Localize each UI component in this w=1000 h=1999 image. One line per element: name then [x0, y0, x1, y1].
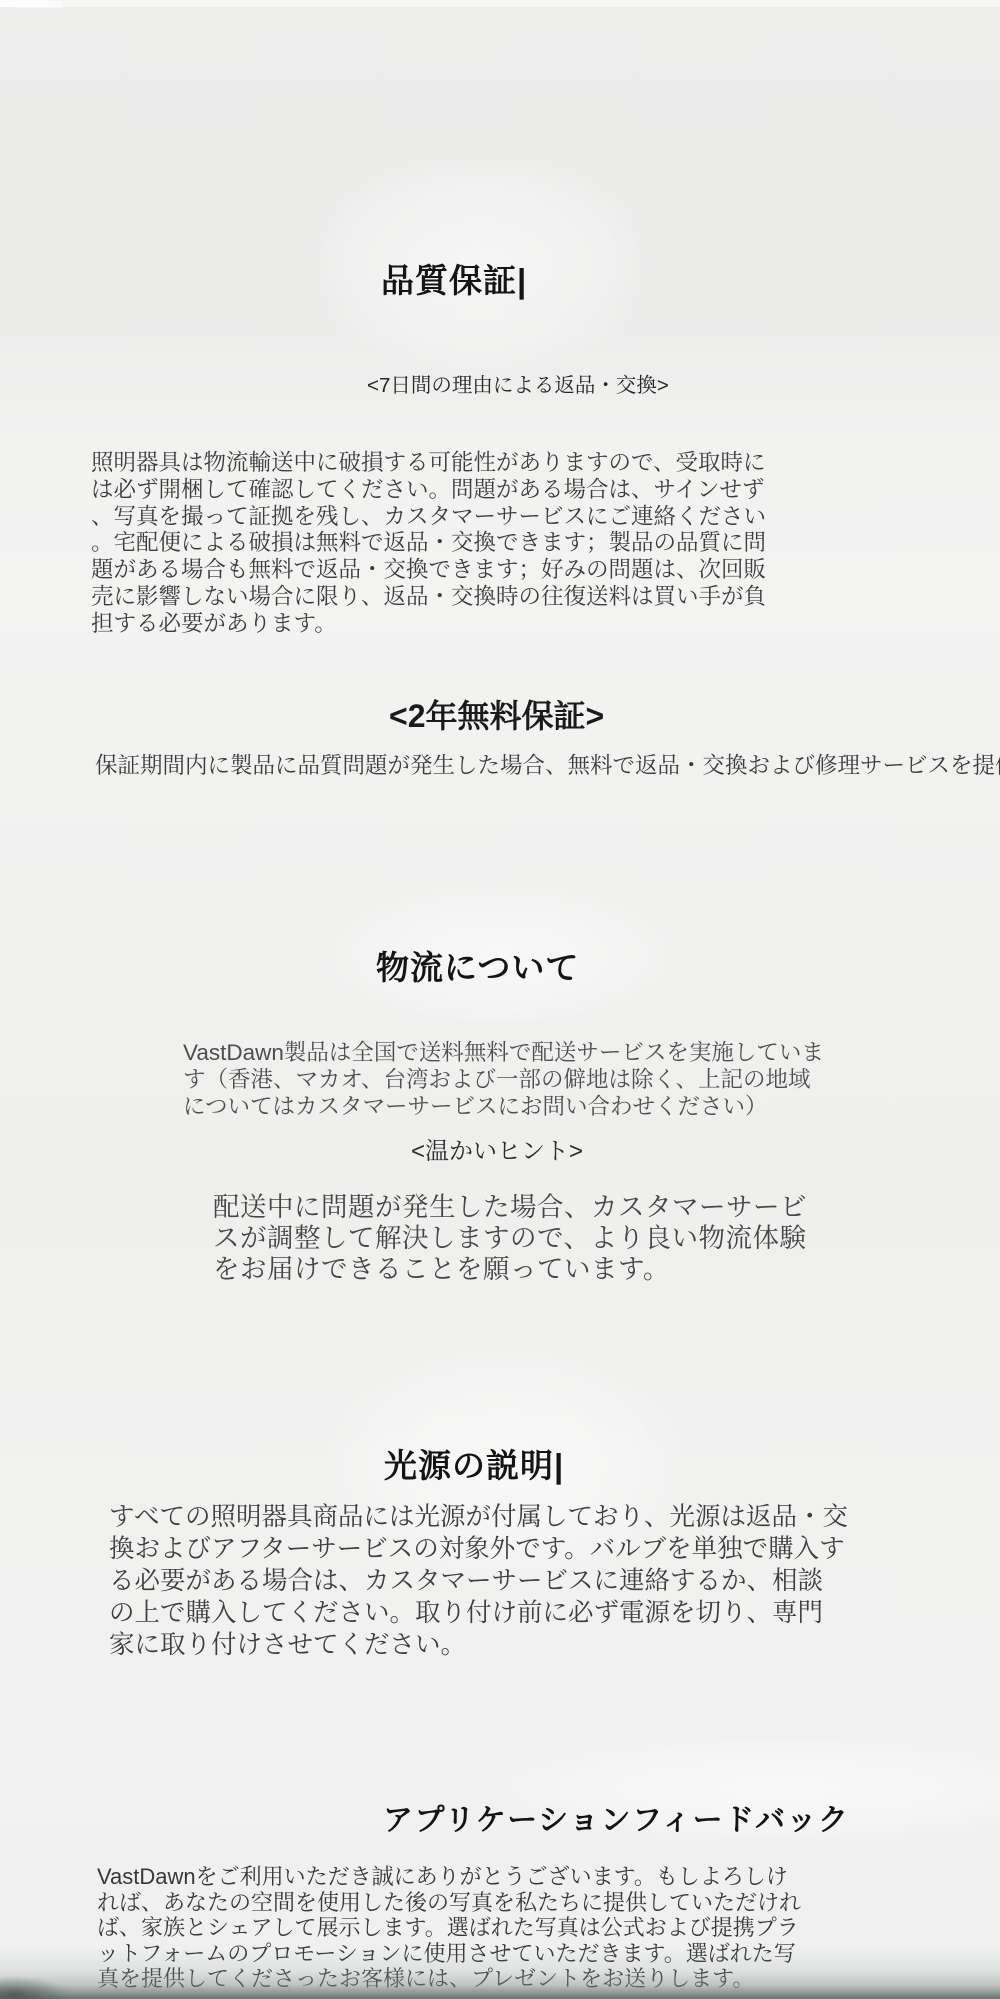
warranty-description-line: 保証期間内に製品に品質問題が発生した場合、無料で返品・交換および修理サービスを提… [95, 753, 1000, 779]
product-description-page: 品質保証| <7日間の理由による返品・交換> 照明器具は物流輸送中に破損する可能… [0, 0, 1000, 1999]
warm-hint-subheading: <温かいヒント> [411, 1138, 583, 1167]
application-feedback-title: アプリケーションフィードバック [383, 1804, 850, 1839]
seven-day-return-subheading: <7日間の理由による返品・交換> [367, 374, 669, 399]
light-source-body: すべての照明器具商品には光源が付属しており、光源は返品・交 換およびアフターサー… [109, 1501, 909, 1661]
quality-assurance-body: 照明器具は物流輸送中に破損する可能性がありますので、受取時に は必ず開梱して確認… [91, 450, 791, 638]
quality-assurance-title: 品質保証| [381, 262, 527, 300]
logistics-body: VastDawn製品は全国で送料無料で配送サービスを実施していま す（香港、マカ… [183, 1039, 843, 1120]
logistics-title: 物流について [376, 949, 579, 987]
warm-hint-body: 配送中に問題が発生した場合、カスタマーサービ スが調整して解決しますので、より良… [213, 1192, 853, 1285]
two-year-warranty-heading: <2年無料保証> [389, 698, 604, 735]
bottom-dark-blotch [0, 1976, 70, 1999]
light-source-title: 光源の説明| [384, 1447, 564, 1485]
bottom-photo-fade [0, 1948, 1000, 1999]
top-left-notch [0, 0, 48, 7]
top-edge-strip [0, 0, 1000, 7]
